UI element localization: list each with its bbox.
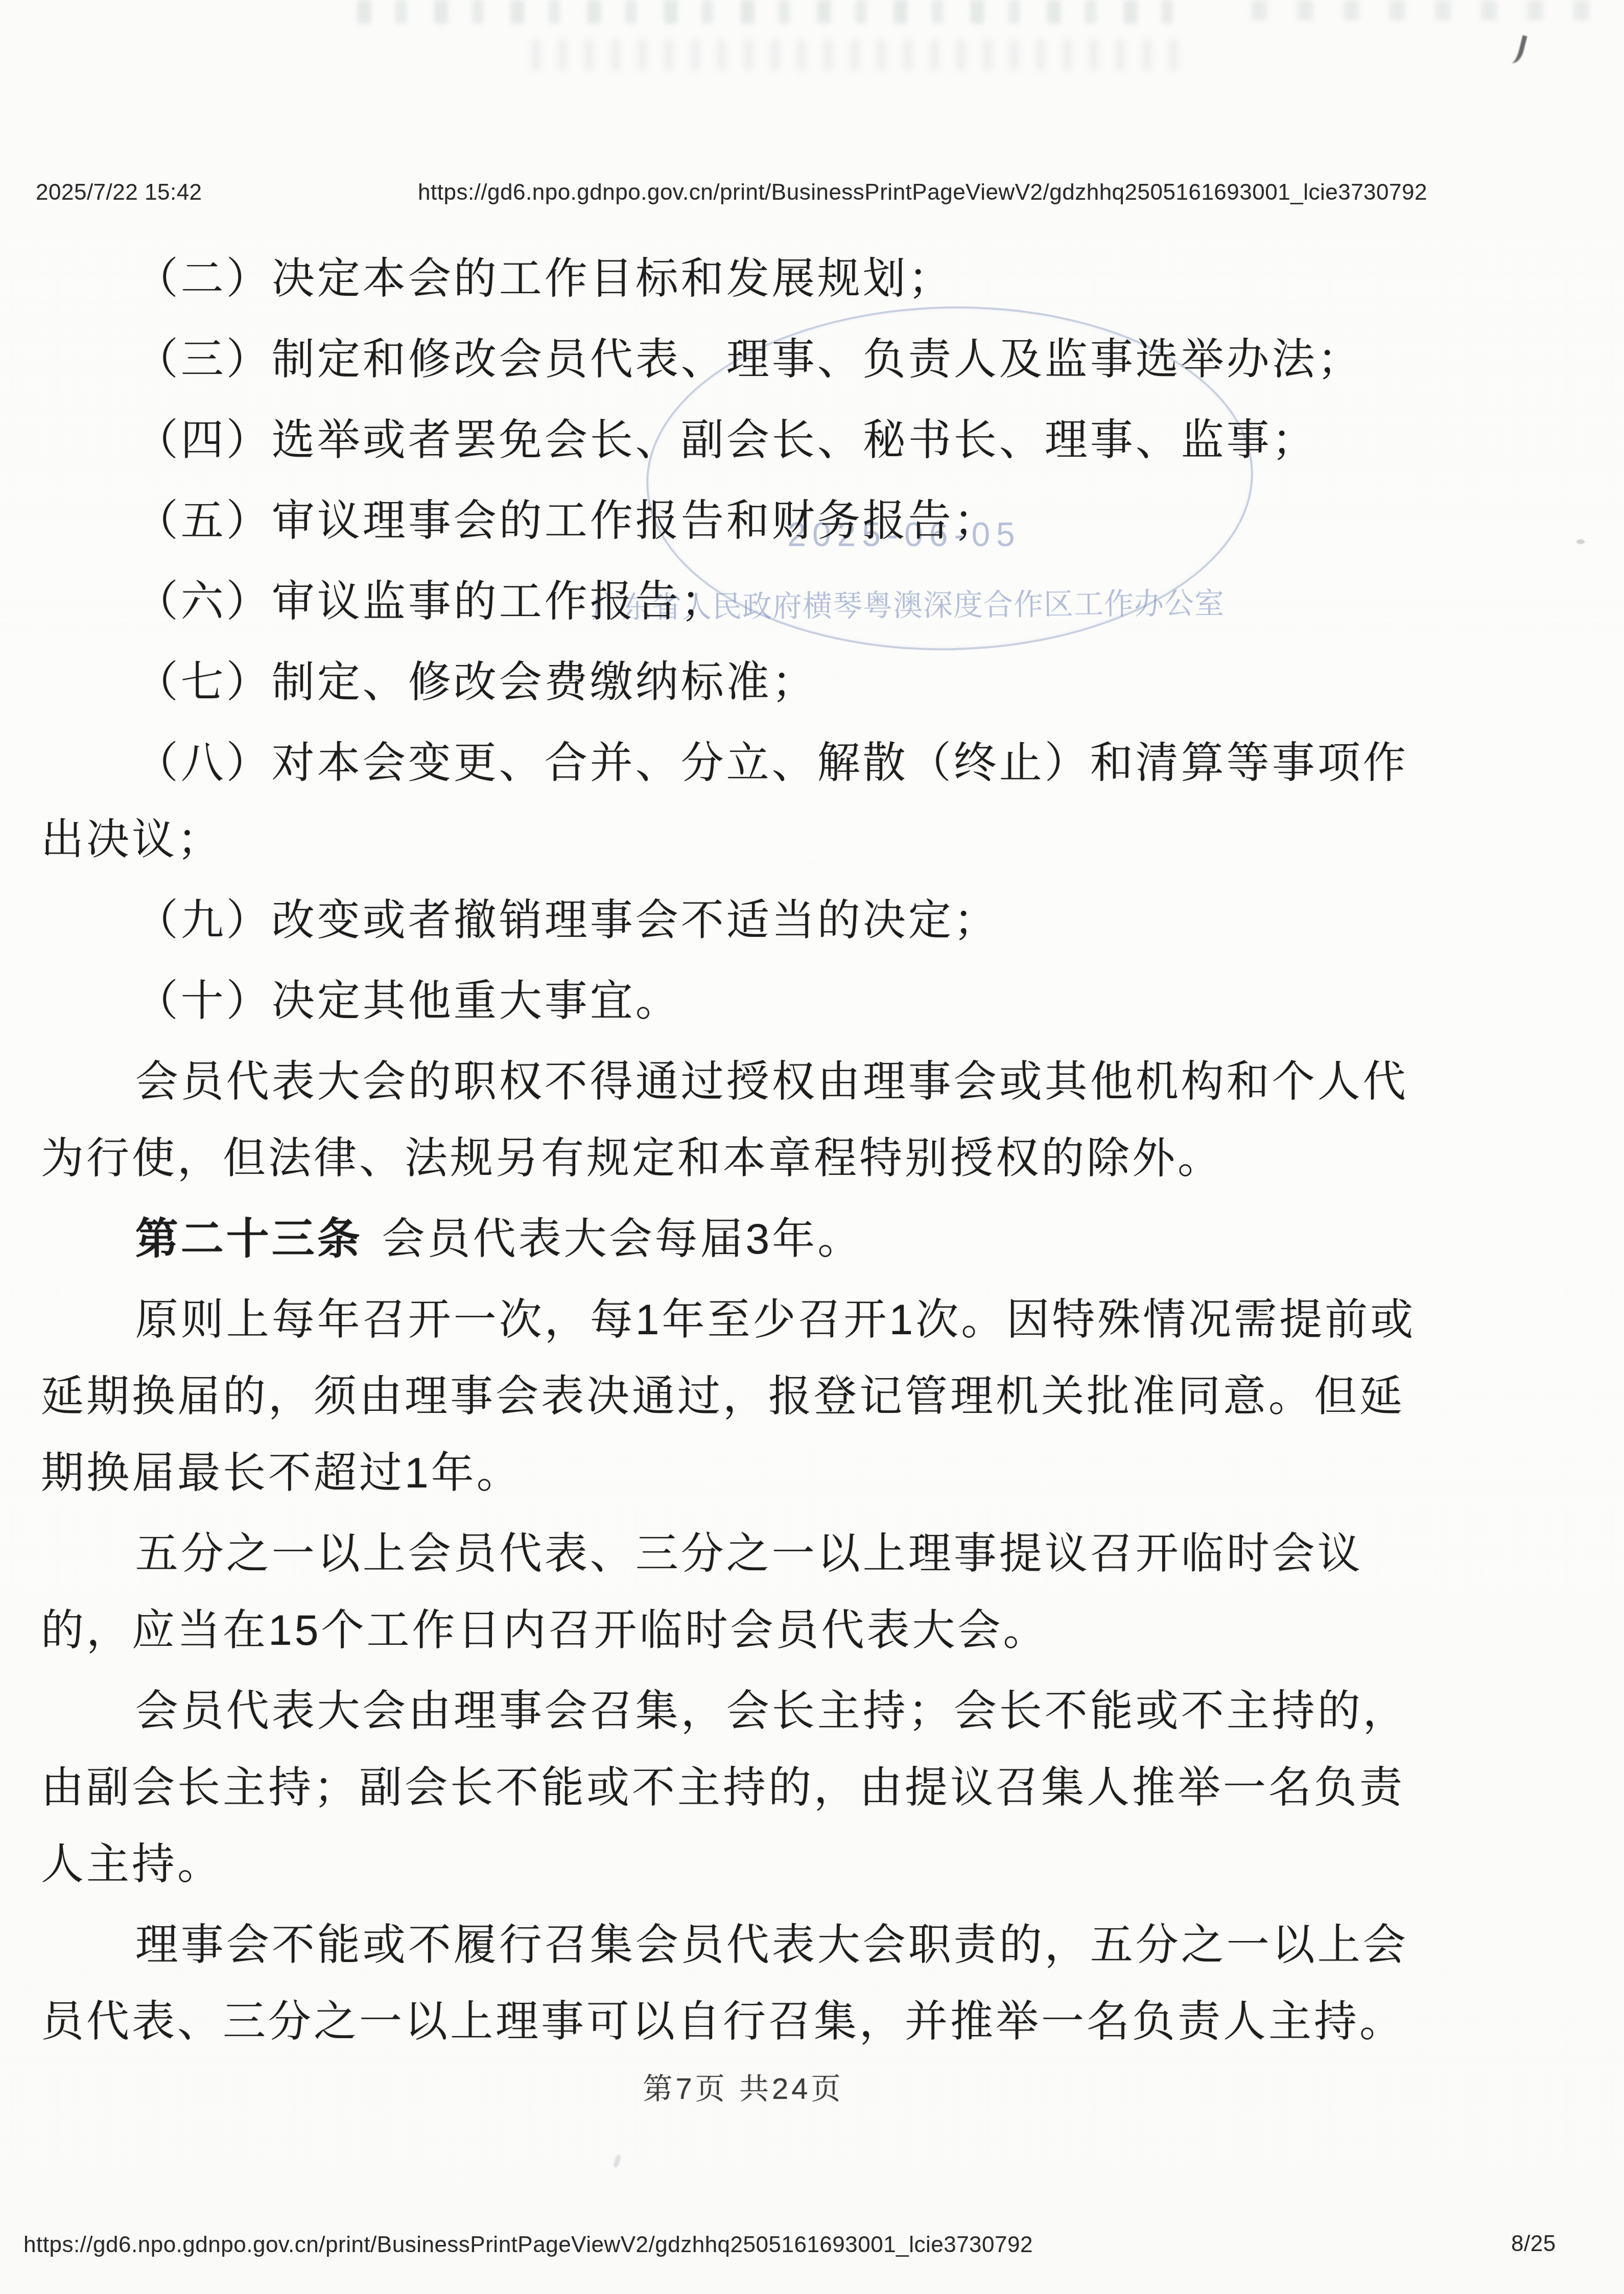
- article-number: 第二十三条: [135, 1215, 363, 1263]
- text-line: （六）审议监事的工作报告；: [41, 563, 1568, 640]
- text-line: 五分之一以上会员代表、三分之一以上理事提议召开临时会议: [41, 1515, 1568, 1592]
- text-line: 延期换届的，须由理事会表决通过，报登记管理机关批准同意。但延: [41, 1358, 1568, 1434]
- text-line: 会员代表大会的职权不得通过授权由理事会或其他机构和个人代: [41, 1043, 1568, 1120]
- text-line: 出决议；: [41, 801, 1568, 878]
- text-line: （五）审议理事会的工作报告和财务报告；: [41, 482, 1568, 559]
- scan-smudge-top: [358, 0, 1201, 23]
- text-line: （二）决定本会的工作目标和发展规划；: [41, 240, 1568, 317]
- text-line: 的，应当在15个工作日内召开临时会员代表大会。: [41, 1592, 1568, 1668]
- scan-fleck-bottom: [613, 2154, 622, 2168]
- print-footer-page-count: 8/25: [1511, 2231, 1556, 2257]
- text-line: （八）对本会变更、合并、分立、解散（终止）和清算等事项作: [41, 724, 1568, 801]
- print-header-timestamp: 2025/7/22 15:42: [36, 180, 202, 205]
- scan-ghost-text-strip: [531, 40, 1195, 70]
- print-footer-url: https://gd6.npo.gdnpo.gov.cn/print/Busin…: [23, 2232, 1033, 2258]
- text-line: 员代表、三分之一以上理事可以自行召集，并推举一名负责人主持。: [41, 1983, 1568, 2060]
- text-line: （十）决定其他重大事宜。: [41, 962, 1568, 1039]
- text-line: 第二十三条会员代表大会每届3年。: [41, 1200, 1568, 1277]
- text-line: 为行使，但法律、法规另有规定和本章程特别授权的除外。: [41, 1120, 1568, 1196]
- text-line: 原则上每年召开一次，每1年至少召开1次。因特殊情况需提前或: [41, 1281, 1568, 1358]
- text-line: （七）制定、修改会费缴纳标准；: [41, 644, 1568, 720]
- text-line: 人主持。: [41, 1826, 1568, 1902]
- page-number-indicator: 第7页 共24页: [643, 2065, 844, 2108]
- scan-smudge-top-right: [1252, 0, 1609, 20]
- pen-mark-icon: [1503, 32, 1527, 65]
- text-line: （三）制定和修改会员代表、理事、负责人及监事选举办法；: [41, 321, 1568, 397]
- text-line: （四）选举或者罢免会长、副会长、秘书长、理事、监事；: [41, 401, 1568, 478]
- print-header-url: https://gd6.npo.gdnpo.gov.cn/print/Busin…: [418, 180, 1427, 205]
- document-text: （二）决定本会的工作目标和发展规划；（三）制定和修改会员代表、理事、负责人及监事…: [41, 240, 1568, 2060]
- text-line: （九）改变或者撤销理事会不适当的决定；: [41, 882, 1568, 958]
- text-line: 理事会不能或不履行召集会员代表大会职责的，五分之一以上会: [41, 1906, 1568, 1983]
- text-line: 由副会长主持；副会长不能或不主持的，由提议召集人推举一名负责: [41, 1749, 1568, 1826]
- scanned-page: 2025/7/22 15:42 https://gd6.npo.gdnpo.go…: [0, 0, 1624, 2294]
- scan-fleck-right-margin: [1576, 539, 1585, 544]
- text-line: 会员代表大会由理事会召集，会长主持；会长不能或不主持的，: [41, 1672, 1568, 1749]
- text-line: 期换届最长不超过1年。: [41, 1434, 1568, 1511]
